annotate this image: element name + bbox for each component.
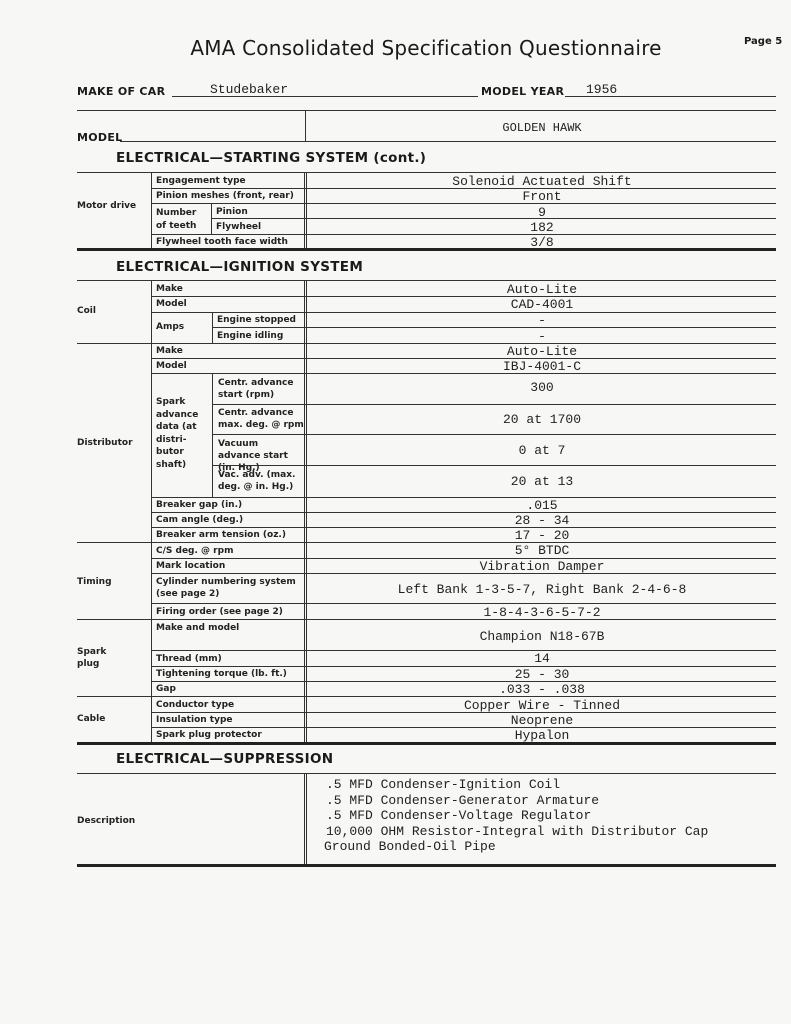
group-label: Timing: [77, 576, 112, 588]
rule: [151, 373, 776, 374]
row-value: 25 - 30: [308, 667, 776, 682]
row-value: Champion N18-67B: [308, 629, 776, 644]
row-value: Vibration Damper: [308, 559, 776, 574]
model-label: MODEL: [77, 131, 122, 144]
row-value: Copper Wire - Tinned: [308, 698, 776, 713]
row-label: Gap: [156, 684, 176, 695]
row-value: 1-8-4-3-6-5-7-2: [308, 605, 776, 620]
row-label: Make and model: [156, 623, 239, 634]
group-label: Cable: [77, 713, 105, 725]
col-rule: [211, 203, 212, 234]
row-label: Cam angle (deg.): [156, 515, 243, 526]
row-label: Centr. advance start (rpm): [218, 377, 302, 401]
row-label: Mark location: [156, 561, 225, 572]
row-label: Make: [156, 346, 183, 357]
row-value: 300: [308, 380, 776, 395]
row-label: Centr. advance max. deg. @ rpm: [218, 407, 306, 431]
row-value: Left Bank 1-3-5-7, Right Bank 2-4-6-8: [308, 582, 776, 597]
row-value: Neoprene: [308, 713, 776, 728]
group-label: Distributor: [77, 437, 133, 449]
row-value: -: [308, 313, 776, 328]
col-rule: [304, 172, 307, 249]
row-label: Model: [156, 299, 187, 310]
row-label: Engine stopped: [217, 315, 296, 326]
col-rule: [304, 773, 307, 865]
year-label: MODEL YEAR: [481, 85, 564, 98]
row-label: Make: [156, 284, 183, 295]
rule: [151, 603, 776, 604]
row-value: Auto-Lite: [308, 282, 776, 297]
row-label: Amps: [156, 322, 184, 333]
row-label: C/S deg. @ rpm: [156, 546, 233, 557]
model-divider: [305, 110, 306, 142]
rule: [77, 773, 776, 774]
row-label: Tightening torque (lb. ft.): [156, 669, 287, 680]
row-value: IBJ-4001-C: [308, 359, 776, 374]
row-label: Spark plug protector: [156, 730, 262, 741]
row-value: 20 at 1700: [308, 412, 776, 427]
row-value: Solenoid Actuated Shift: [308, 174, 776, 189]
page-number: Page 5: [744, 36, 782, 47]
model-underline: [120, 141, 776, 142]
col-rule: [212, 373, 213, 497]
make-value: Studebaker: [210, 82, 288, 97]
row-label: Insulation type: [156, 715, 233, 726]
group-label: Spark plug: [77, 646, 117, 670]
row-label: Engine idling: [217, 331, 283, 342]
rule: [212, 434, 776, 435]
row-value: .015: [308, 498, 776, 513]
rule: [212, 404, 776, 405]
row-value: 20 at 13: [308, 474, 776, 489]
row-value: Auto-Lite: [308, 344, 776, 359]
row-value: 9: [308, 205, 776, 220]
desc-line: .5 MFD Condenser-Voltage Regulator: [326, 808, 708, 824]
rule: [77, 742, 776, 745]
row-label: Engagement type: [156, 176, 246, 187]
rule: [151, 573, 776, 574]
row-label: Thread (mm): [156, 654, 222, 665]
row-label: Breaker gap (in.): [156, 500, 242, 511]
row-label: Flywheel: [216, 222, 261, 233]
row-value: 5° BTDC: [308, 543, 776, 558]
row-value: -: [308, 329, 776, 344]
row-label: Pinion meshes (front, rear): [156, 191, 294, 202]
desc-line: .5 MFD Condenser-Generator Armature: [326, 793, 708, 809]
rule: [77, 864, 776, 867]
make-underline: [172, 96, 478, 97]
rule: [77, 619, 776, 620]
row-label: Spark advance data (at distri- butor sha…: [156, 396, 210, 471]
row-value: 28 - 34: [308, 513, 776, 528]
row-value: 182: [308, 220, 776, 235]
row-value: Front: [308, 189, 776, 204]
make-label: MAKE OF CAR: [77, 85, 165, 98]
rule: [212, 327, 776, 328]
row-value: Hypalon: [308, 728, 776, 743]
year-underline: [565, 96, 776, 97]
group-label: Description: [77, 815, 135, 827]
section-title-suppression: ELECTRICAL—SUPPRESSION: [116, 751, 333, 767]
row-label: Model: [156, 361, 187, 372]
group-label: Motor drive: [77, 200, 137, 212]
document-title: AMA Consolidated Specification Questionn…: [0, 36, 791, 60]
row-label: Number of teeth: [156, 207, 206, 233]
row-label: Vac. adv. (max. deg. @ in. Hg.): [218, 469, 298, 493]
row-label: Cylinder numbering system (see page 2): [156, 576, 296, 600]
section-title-starting: ELECTRICAL—STARTING SYSTEM (cont.): [116, 150, 426, 166]
group-label: Coil: [77, 305, 96, 317]
rule: [77, 248, 776, 251]
row-value: CAD-4001: [308, 297, 776, 312]
desc-line: Ground Bonded-Oil Pipe: [324, 839, 708, 855]
row-value: .033 - .038: [308, 682, 776, 697]
row-value: 0 at 7: [308, 443, 776, 458]
col-rule: [151, 172, 152, 249]
row-label: Firing order (see page 2): [156, 607, 283, 618]
model-value: GOLDEN HAWK: [308, 121, 776, 135]
suppression-description: .5 MFD Condenser-Ignition Coil.5 MFD Con…: [326, 777, 708, 855]
rule: [77, 172, 776, 173]
row-label: Flywheel tooth face width: [156, 237, 288, 248]
rule: [77, 696, 776, 697]
row-label: Breaker arm tension (oz.): [156, 530, 286, 541]
year-value: 1956: [586, 82, 617, 97]
rule: [212, 465, 776, 466]
desc-line: .5 MFD Condenser-Ignition Coil: [326, 777, 708, 793]
rule: [77, 280, 776, 281]
divider: [77, 110, 776, 111]
desc-line: 10,000 OHM Resistor-Integral with Distri…: [326, 824, 708, 840]
section-title-ignition: ELECTRICAL—IGNITION SYSTEM: [116, 259, 363, 275]
row-label: Pinion: [216, 207, 248, 218]
row-label: Conductor type: [156, 700, 234, 711]
row-value: 14: [308, 651, 776, 666]
row-value: 17 - 20: [308, 528, 776, 543]
